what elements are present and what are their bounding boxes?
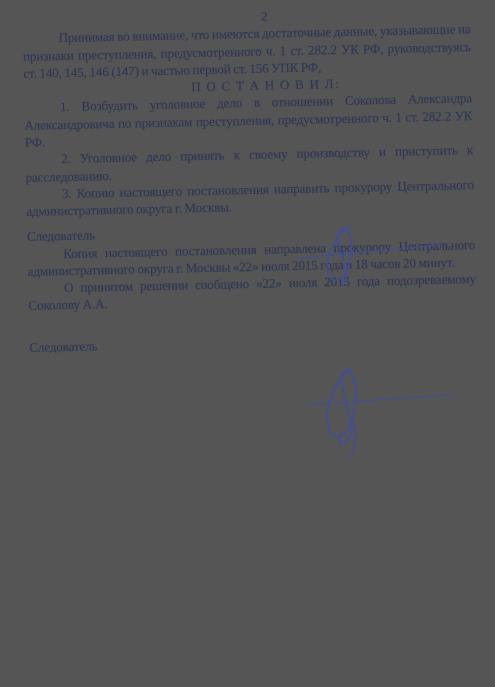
signature-stroke [326, 368, 357, 445]
signature-tail-stroke [349, 418, 356, 457]
investigator-label-2: Следователь [29, 338, 97, 354]
document-page: 2 Принимая во внимание, что имеются дост… [22, 3, 477, 356]
investigator-label-1: Следователь [27, 227, 95, 243]
investigator-signature-2-drawing [302, 359, 459, 460]
signature-line [308, 395, 453, 405]
investigator-signature-block-2: Следователь [29, 329, 477, 357]
document-photo: 2 Принимая во внимание, что имеются дост… [0, 0, 495, 687]
